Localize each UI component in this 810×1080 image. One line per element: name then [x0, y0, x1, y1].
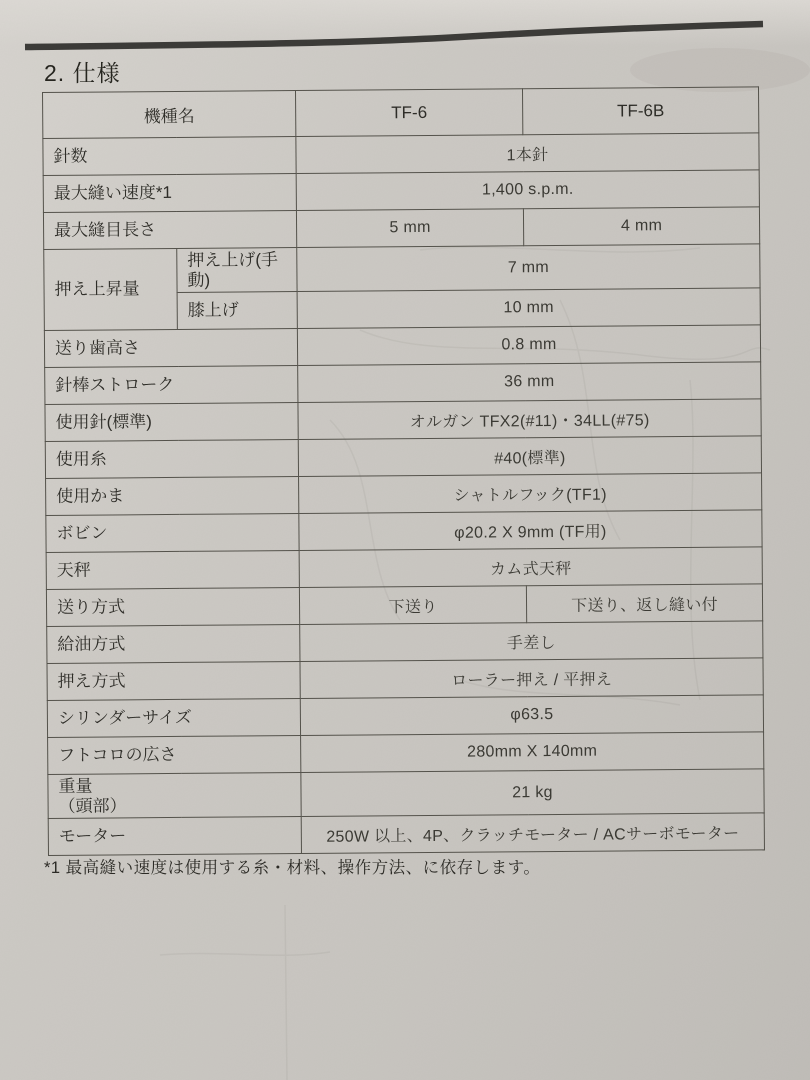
spec-row: 重量 （頭部）21 kg: [48, 769, 764, 819]
spec-row-value-tf6: 下送り: [299, 586, 526, 625]
spec-row: ボビンφ20.2 X 9mm (TF用): [46, 510, 762, 553]
spec-row-value: 21 kg: [301, 769, 764, 817]
spec-row-label: シリンダーサイズ: [47, 699, 300, 738]
spec-row-value: 1本針: [296, 133, 759, 174]
spec-row-value: 手差し: [300, 621, 763, 662]
spec-table-body: 針数1本針最大縫い速度*11,400 s.p.m.最大縫目長さ5 mm4 mm押…: [43, 133, 765, 856]
spec-header-row: 機種名 TF-6 TF-6B: [43, 87, 759, 139]
footnote: *1 最高縫い速度は使用する糸・材料、操作方法、に依存します。: [44, 854, 540, 878]
spec-row-label: 送り歯高さ: [44, 329, 297, 368]
photo-light-band: [0, 0, 810, 46]
spec-row-value: 280mm X 140mm: [301, 732, 764, 773]
spec-row: 押え上昇量押え上げ(手動)7 mm: [44, 244, 760, 294]
spec-row: 最大縫目長さ5 mm4 mm: [43, 207, 759, 250]
spec-row: 天秤カム式天秤: [46, 547, 762, 590]
spec-table: 機種名 TF-6 TF-6B 針数1本針最大縫い速度*11,400 s.p.m.…: [42, 86, 765, 856]
spec-row-value: 250W 以上、4P、クラッチモーター / ACサーボモーター: [301, 813, 764, 854]
spec-row: シリンダーサイズφ63.5: [47, 695, 763, 738]
spec-row-value: 0.8 mm: [297, 325, 760, 366]
spec-row-label: 重量 （頭部）: [48, 773, 301, 819]
spec-row-label: 針棒ストローク: [45, 366, 298, 405]
spec-row-label: 送り方式: [46, 588, 299, 627]
spec-row-value: カム式天秤: [299, 547, 762, 588]
header-model-tf6: TF-6: [295, 89, 522, 137]
spec-row-label: フトコロの広さ: [48, 736, 301, 775]
spec-row-label: 押え方式: [47, 662, 300, 701]
bleed-through-artifact: [630, 48, 810, 92]
spec-row-value-tf6b: 下送り、返し縫い付: [526, 584, 762, 623]
spec-row-value: オルガン TFX2(#11)・34LL(#75): [298, 399, 761, 440]
spec-row-label: 針数: [43, 137, 296, 176]
spec-row-value: #40(標準): [298, 436, 761, 477]
spec-row: 針棒ストローク36 mm: [45, 362, 761, 405]
spec-row: 最大縫い速度*11,400 s.p.m.: [43, 170, 759, 213]
spec-row: 送り方式下送り下送り、返し縫い付: [46, 584, 762, 627]
spec-row-value: 36 mm: [298, 362, 761, 403]
spec-row-sublabel: 膝上げ: [177, 292, 297, 330]
spec-row-value: 7 mm: [297, 244, 760, 292]
header-model-label: 機種名: [43, 91, 296, 139]
spec-row-label: 使用糸: [45, 440, 298, 479]
spec-row: モーター250W 以上、4P、クラッチモーター / ACサーボモーター: [48, 813, 764, 856]
spec-row: 針数1本針: [43, 133, 759, 176]
spec-row-label: 最大縫目長さ: [43, 211, 296, 250]
spec-row: 使用糸#40(標準): [45, 436, 761, 479]
spec-row-value: ローラー押え / 平押え: [300, 658, 763, 699]
spec-row-label: 天秤: [46, 551, 299, 590]
spec-row: 送り歯高さ0.8 mm: [44, 325, 760, 368]
spec-row-value: 1,400 s.p.m.: [296, 170, 759, 211]
spec-row: フトコロの広さ280mm X 140mm: [48, 732, 764, 775]
spec-row: 押え方式ローラー押え / 平押え: [47, 658, 763, 701]
spec-row-label: ボビン: [46, 514, 299, 553]
spec-row-value: φ20.2 X 9mm (TF用): [299, 510, 762, 551]
spec-row-value: φ63.5: [300, 695, 763, 736]
spec-row-value-tf6b: 4 mm: [523, 207, 759, 246]
header-model-tf6b: TF-6B: [522, 87, 758, 135]
spec-row-label: モーター: [48, 817, 301, 856]
spec-row-value-tf6: 5 mm: [296, 209, 523, 248]
spec-row-label: 給油方式: [47, 625, 300, 664]
spec-row-value: シャトルフック(TF1): [299, 473, 762, 514]
spec-row-value: 10 mm: [297, 288, 760, 329]
section-title: 2. 仕様: [44, 55, 121, 88]
spec-table-container: 機種名 TF-6 TF-6B 針数1本針最大縫い速度*11,400 s.p.m.…: [42, 86, 764, 856]
spec-row: 使用針(標準)オルガン TFX2(#11)・34LL(#75): [45, 399, 761, 442]
spec-row-sublabel: 押え上げ(手動): [177, 248, 297, 293]
spec-row-label: 使用かま: [46, 477, 299, 516]
spec-row-label: 押え上昇量: [44, 248, 178, 330]
document-photo-page: { "page": { "section_title": "2. 仕様", "f…: [0, 0, 810, 1080]
spec-row-label: 最大縫い速度*1: [43, 174, 296, 213]
spec-row: 使用かまシャトルフック(TF1): [46, 473, 762, 516]
spec-row-label: 使用針(標準): [45, 403, 298, 442]
spec-row: 給油方式手差し: [47, 621, 763, 664]
